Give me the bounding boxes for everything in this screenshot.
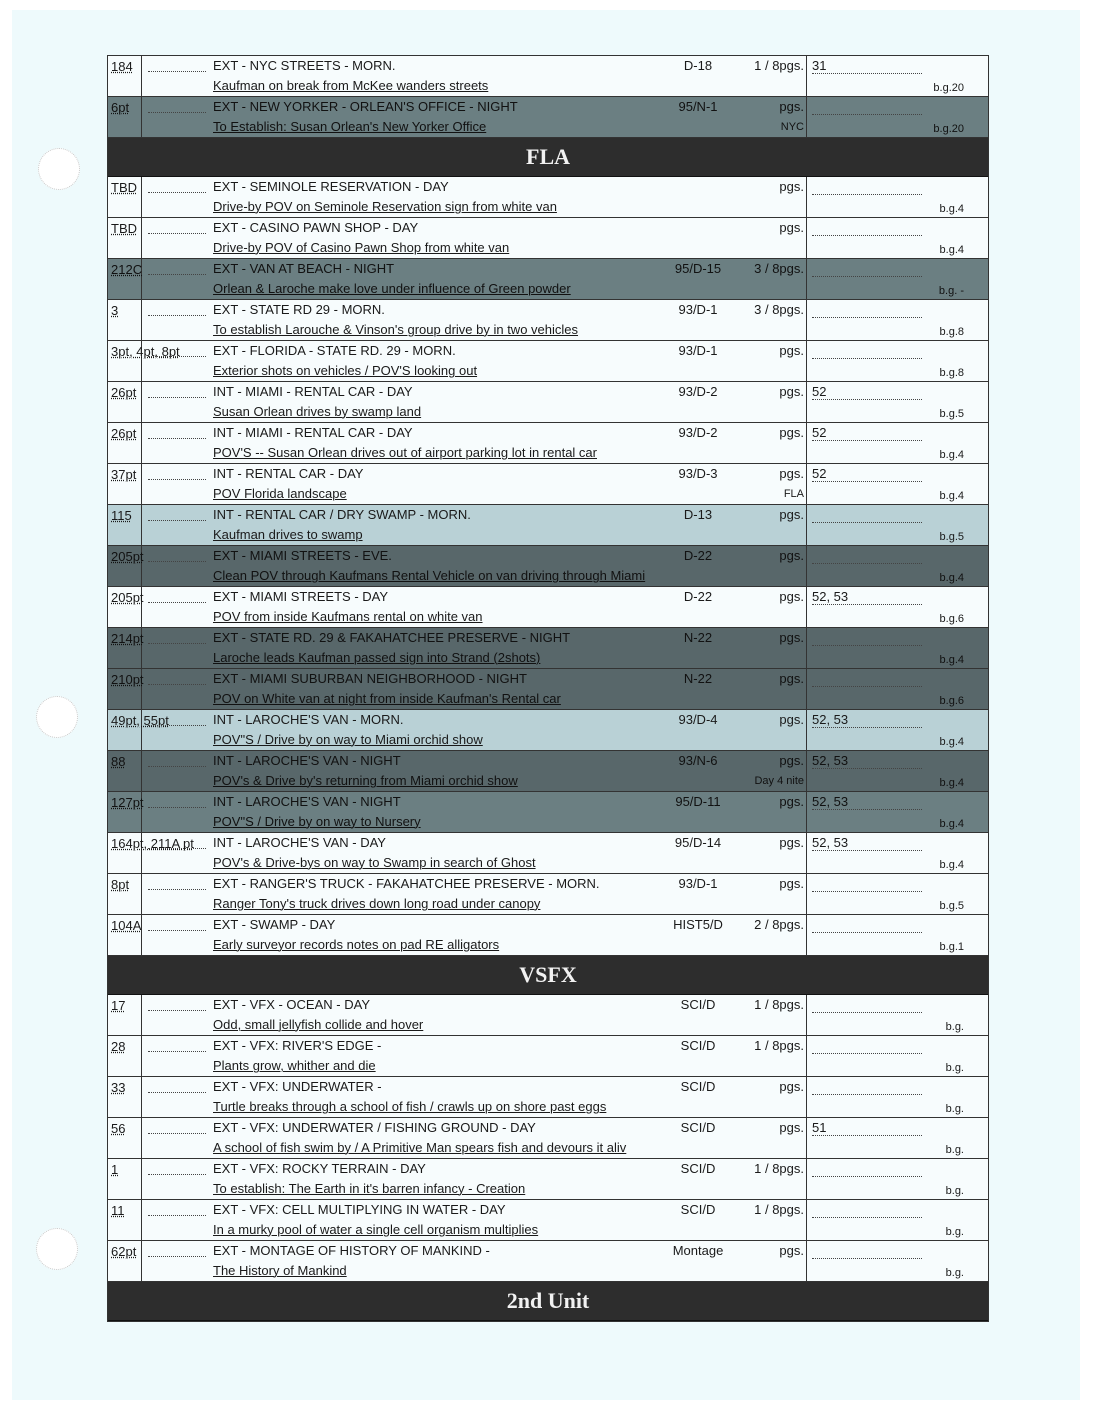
page-count: pgs. xyxy=(779,753,804,769)
day-code: 93/D-3 xyxy=(653,466,743,482)
page-count: 1 / 8pgs. xyxy=(754,1202,804,1218)
background-count: b.g.4 xyxy=(940,201,964,217)
page-count: 1 / 8pgs. xyxy=(754,997,804,1013)
scene-row: 210pt EXT - MIAMI SUBURBAN NEIGHBORHOOD … xyxy=(108,669,988,710)
page-count: pgs. xyxy=(779,1243,804,1259)
page-count: pgs. xyxy=(779,220,804,236)
scene-description: POV from inside Kaufmans rental on white… xyxy=(213,609,483,625)
leader-dots xyxy=(148,998,206,1011)
scene-number: 33 xyxy=(111,1080,125,1096)
scene-number: 62pt xyxy=(111,1244,136,1260)
reference-pages xyxy=(812,876,922,892)
day-code: 93/D-1 xyxy=(653,343,743,359)
page-count: pgs. xyxy=(779,425,804,441)
day-code: D-22 xyxy=(653,548,743,564)
reference-pages xyxy=(812,1202,922,1218)
column-divider xyxy=(806,1159,807,1199)
scene-description: Drive-by POV of Casino Pawn Shop from wh… xyxy=(213,240,509,256)
reference-pages: 52, 53 xyxy=(812,589,922,605)
leader-dots xyxy=(148,59,206,72)
column-divider xyxy=(806,177,807,217)
scene-slugline: EXT - SWAMP - DAY xyxy=(213,917,335,933)
punch-hole xyxy=(36,696,78,738)
background-count: b.g.5 xyxy=(940,529,964,545)
background-count: b.g.6 xyxy=(940,611,964,627)
background-count: b.g. xyxy=(946,1142,964,1158)
scene-row: 26pt INT - MIAMI - RENTAL CAR - DAY 93/D… xyxy=(108,382,988,423)
background-count: b.g.4 xyxy=(940,775,964,791)
scene-number: 88 xyxy=(111,754,125,770)
leader-dots xyxy=(148,836,206,849)
scene-row: TBD EXT - CASINO PAWN SHOP - DAY pgs. Dr… xyxy=(108,218,988,259)
leader-dots xyxy=(148,1121,206,1134)
column-divider xyxy=(806,464,807,504)
scene-number: 3 xyxy=(111,303,118,319)
column-divider xyxy=(806,792,807,832)
scene-slugline: EXT - MIAMI STREETS - DAY xyxy=(213,589,388,605)
scene-slugline: EXT - CASINO PAWN SHOP - DAY xyxy=(213,220,418,236)
scene-slugline: EXT - VFX: RIVER'S EDGE - xyxy=(213,1038,381,1054)
page-count: pgs. xyxy=(779,179,804,195)
scene-slugline: EXT - NEW YORKER - ORLEAN'S OFFICE - NIG… xyxy=(213,99,518,115)
background-count: b.g.1 xyxy=(940,939,964,955)
day-code: 93/D-4 xyxy=(653,712,743,728)
column-divider xyxy=(806,833,807,873)
day-code: D-22 xyxy=(653,589,743,605)
reference-pages: 52, 53 xyxy=(812,835,922,851)
location-note: FLA xyxy=(784,486,804,502)
day-code: SCI/D xyxy=(653,1120,743,1136)
scene-row: 8pt EXT - RANGER'S TRUCK - FAKAHATCHEE P… xyxy=(108,874,988,915)
leader-dots xyxy=(148,590,206,603)
column-divider xyxy=(806,218,807,258)
page-count: pgs. xyxy=(779,548,804,564)
background-count: b.g.20 xyxy=(933,121,964,137)
scene-description: Ranger Tony's truck drives down long roa… xyxy=(213,896,540,912)
scene-slugline: EXT - MIAMI STREETS - EVE. xyxy=(213,548,392,564)
scene-row: 11 EXT - VFX: CELL MULTIPLYING IN WATER … xyxy=(108,1200,988,1241)
scene-slugline: EXT - VFX: ROCKY TERRAIN - DAY xyxy=(213,1161,426,1177)
page-count: pgs. xyxy=(779,384,804,400)
reference-pages: 51 xyxy=(812,1120,922,1136)
reference-pages xyxy=(812,997,922,1013)
scene-row: TBD EXT - SEMINOLE RESERVATION - DAY pgs… xyxy=(108,177,988,218)
leader-dots xyxy=(148,221,206,234)
page-count: pgs. xyxy=(779,507,804,523)
scene-number: 37pt xyxy=(111,467,136,483)
scene-number: TBD xyxy=(111,221,137,237)
column-divider xyxy=(806,710,807,750)
scene-description: Clean POV through Kaufmans Rental Vehicl… xyxy=(213,568,645,584)
day-code: 95/D-15 xyxy=(653,261,743,277)
column-divider xyxy=(806,423,807,463)
scene-number: 26pt xyxy=(111,426,136,442)
page-count: pgs. xyxy=(779,589,804,605)
reference-pages: 31 xyxy=(812,58,922,74)
scene-number: 11 xyxy=(111,1203,125,1219)
reference-pages: 52, 53 xyxy=(812,794,922,810)
day-code: 93/D-1 xyxy=(653,302,743,318)
scene-slugline: EXT - FLORIDA - STATE RD. 29 - MORN. xyxy=(213,343,456,359)
leader-dots xyxy=(148,1203,206,1216)
column-divider xyxy=(806,669,807,709)
scene-description: Plants grow, whither and die xyxy=(213,1058,376,1074)
column-divider xyxy=(141,1118,142,1158)
scene-description: Kaufman drives to swamp xyxy=(213,527,363,543)
scene-description: To establish Larouche & Vinson's group d… xyxy=(213,322,578,338)
scene-number: 28 xyxy=(111,1039,125,1055)
day-code: Montage xyxy=(653,1243,743,1259)
leader-dots xyxy=(148,385,206,398)
scene-slugline: EXT - VFX: UNDERWATER / FISHING GROUND -… xyxy=(213,1120,536,1136)
leader-dots xyxy=(148,303,206,316)
background-count: b.g.6 xyxy=(940,693,964,709)
scene-slugline: INT - MIAMI - RENTAL CAR - DAY xyxy=(213,384,413,400)
scene-slugline: EXT - VFX: CELL MULTIPLYING IN WATER - D… xyxy=(213,1202,506,1218)
background-count: b.g.8 xyxy=(940,324,964,340)
scene-row: 212C EXT - VAN AT BEACH - NIGHT 95/D-15 … xyxy=(108,259,988,300)
scene-number: 17 xyxy=(111,998,125,1014)
background-count: b.g.5 xyxy=(940,898,964,914)
scene-row: 56 EXT - VFX: UNDERWATER / FISHING GROUN… xyxy=(108,1118,988,1159)
column-divider xyxy=(141,874,142,914)
column-divider xyxy=(806,1200,807,1240)
scene-number: 205pt xyxy=(111,590,144,606)
column-divider xyxy=(141,751,142,791)
scene-description: POV's & Drive-bys on way to Swamp in sea… xyxy=(213,855,536,871)
column-divider xyxy=(141,423,142,463)
scene-slugline: EXT - STATE RD. 29 & FAKAHATCHEE PRESERV… xyxy=(213,630,570,646)
scene-description: POV on White van at night from inside Ka… xyxy=(213,691,561,707)
column-divider xyxy=(806,546,807,586)
scene-description: Turtle breaks through a school of fish /… xyxy=(213,1099,606,1115)
scene-description: Orlean & Laroche make love under influen… xyxy=(213,281,571,297)
day-code: D-13 xyxy=(653,507,743,523)
leader-dots xyxy=(148,508,206,521)
day-code: SCI/D xyxy=(653,1161,743,1177)
location-note: Day 4 nite xyxy=(754,773,804,789)
scene-number: 212C xyxy=(111,262,142,278)
background-count: b.g.20 xyxy=(933,80,964,96)
leader-dots xyxy=(148,754,206,767)
page-count: 3 / 8pgs. xyxy=(754,261,804,277)
scene-row: 62pt EXT - MONTAGE OF HISTORY OF MANKIND… xyxy=(108,1241,988,1282)
page-count: pgs. xyxy=(779,794,804,810)
page-count: 1 / 8pgs. xyxy=(754,1161,804,1177)
column-divider xyxy=(141,56,142,96)
background-count: b.g.5 xyxy=(940,406,964,422)
column-divider xyxy=(141,218,142,258)
reference-pages xyxy=(812,1079,922,1095)
scene-description: Exterior shots on vehicles / POV'S looki… xyxy=(213,363,477,379)
reference-pages xyxy=(812,343,922,359)
background-count: b.g. xyxy=(946,1101,964,1117)
column-divider xyxy=(141,1159,142,1199)
scene-slugline: EXT - VAN AT BEACH - NIGHT xyxy=(213,261,394,277)
scene-slugline: INT - RENTAL CAR / DRY SWAMP - MORN. xyxy=(213,507,471,523)
location-note: NYC xyxy=(781,119,804,135)
page-count: pgs. xyxy=(779,99,804,115)
column-divider xyxy=(806,915,807,955)
scene-description: Kaufman on break from McKee wanders stre… xyxy=(213,78,488,94)
background-count: b.g. xyxy=(946,1224,964,1240)
background-count: b.g. xyxy=(946,1060,964,1076)
scene-row: 6pt EXT - NEW YORKER - ORLEAN'S OFFICE -… xyxy=(108,97,988,138)
reference-pages xyxy=(812,1161,922,1177)
leader-dots xyxy=(148,344,206,357)
column-divider xyxy=(806,56,807,96)
reference-pages: 52 xyxy=(812,384,922,400)
scene-row: 88 INT - LAROCHE'S VAN - NIGHT 93/N-6 pg… xyxy=(108,751,988,792)
background-count: b.g.4 xyxy=(940,816,964,832)
reference-pages xyxy=(812,261,922,277)
scene-slugline: EXT - SEMINOLE RESERVATION - DAY xyxy=(213,179,449,195)
leader-dots xyxy=(148,1039,206,1052)
scene-slugline: INT - LAROCHE'S VAN - MORN. xyxy=(213,712,404,728)
column-divider xyxy=(806,341,807,381)
column-divider xyxy=(141,1077,142,1117)
reference-pages xyxy=(812,507,922,523)
day-code: 93/N-6 xyxy=(653,753,743,769)
scene-slugline: INT - LAROCHE'S VAN - NIGHT xyxy=(213,794,401,810)
scene-row: 164pt, 211A pt INT - LAROCHE'S VAN - DAY… xyxy=(108,833,988,874)
scene-description: To Establish: Susan Orlean's New Yorker … xyxy=(213,119,486,135)
reference-pages xyxy=(812,1243,922,1259)
scene-number: 6pt xyxy=(111,100,129,116)
section-header: VSFX xyxy=(108,956,988,995)
background-count: b.g.4 xyxy=(940,734,964,750)
day-code: N-22 xyxy=(653,671,743,687)
column-divider xyxy=(141,382,142,422)
scene-number: 205pt xyxy=(111,549,144,565)
scene-description: Early surveyor records notes on pad RE a… xyxy=(213,937,499,953)
scene-description: The History of Mankind xyxy=(213,1263,347,1279)
reference-pages: 52 xyxy=(812,425,922,441)
page-count: pgs. xyxy=(779,671,804,687)
leader-dots xyxy=(148,549,206,562)
background-count: b.g.4 xyxy=(940,652,964,668)
day-code: 95/N-1 xyxy=(653,99,743,115)
scene-description: Susan Orlean drives by swamp land xyxy=(213,404,421,420)
day-code: 93/D-2 xyxy=(653,384,743,400)
column-divider xyxy=(806,505,807,545)
scene-slugline: EXT - MIAMI SUBURBAN NEIGHBORHOOD - NIGH… xyxy=(213,671,527,687)
leader-dots xyxy=(148,877,206,890)
column-divider xyxy=(806,382,807,422)
scene-slugline: EXT - MONTAGE OF HISTORY OF MANKIND - xyxy=(213,1243,490,1259)
day-code: SCI/D xyxy=(653,997,743,1013)
scene-row: 17 EXT - VFX - OCEAN - DAY SCI/D 1 / 8pg… xyxy=(108,995,988,1036)
scene-description: Laroche leads Kaufman passed sign into S… xyxy=(213,650,540,666)
scene-row: 3pt, 4pt, 8pt EXT - FLORIDA - STATE RD. … xyxy=(108,341,988,382)
reference-pages xyxy=(812,671,922,687)
column-divider xyxy=(806,1036,807,1076)
reference-pages xyxy=(812,179,922,195)
scene-slugline: INT - LAROCHE'S VAN - NIGHT xyxy=(213,753,401,769)
background-count: b.g. - xyxy=(939,283,964,299)
scene-description: POV Florida landscape xyxy=(213,486,347,502)
reference-pages xyxy=(812,1038,922,1054)
scene-description: POV's & Drive by's returning from Miami … xyxy=(213,773,518,789)
scene-slugline: EXT - NYC STREETS - MORN. xyxy=(213,58,396,74)
background-count: b.g.8 xyxy=(940,365,964,381)
scene-row: 205pt EXT - MIAMI STREETS - EVE. D-22 pg… xyxy=(108,546,988,587)
column-divider xyxy=(141,300,142,340)
column-divider xyxy=(806,259,807,299)
scene-slugline: INT - LAROCHE'S VAN - DAY xyxy=(213,835,386,851)
day-code: HIST5/D xyxy=(653,917,743,933)
column-divider xyxy=(141,1036,142,1076)
column-divider xyxy=(141,97,142,137)
scene-number: 214pt xyxy=(111,631,144,647)
leader-dots xyxy=(148,100,206,113)
scene-number: TBD xyxy=(111,180,137,196)
scene-row: 205pt EXT - MIAMI STREETS - DAY D-22 pgs… xyxy=(108,587,988,628)
punch-hole xyxy=(38,148,80,190)
scene-row: 214pt EXT - STATE RD. 29 & FAKAHATCHEE P… xyxy=(108,628,988,669)
reference-pages xyxy=(812,99,922,115)
scene-row: 3 EXT - STATE RD 29 - MORN. 93/D-1 3 / 8… xyxy=(108,300,988,341)
leader-dots xyxy=(148,180,206,193)
breakdown-table: 184 EXT - NYC STREETS - MORN. D-18 1 / 8… xyxy=(107,55,989,1322)
background-count: b.g.4 xyxy=(940,570,964,586)
day-code: SCI/D xyxy=(653,1038,743,1054)
scene-number: 127pt xyxy=(111,795,144,811)
page-count: pgs. xyxy=(779,876,804,892)
column-divider xyxy=(806,1118,807,1158)
page-count: pgs. xyxy=(779,835,804,851)
day-code: 93/D-2 xyxy=(653,425,743,441)
leader-dots xyxy=(148,631,206,644)
column-divider xyxy=(141,505,142,545)
leader-dots xyxy=(148,426,206,439)
column-divider xyxy=(141,1241,142,1281)
scene-number: 210pt xyxy=(111,672,144,688)
background-count: b.g.4 xyxy=(940,488,964,504)
scene-description: To establish: The Earth in it's barren i… xyxy=(213,1181,525,1197)
column-divider xyxy=(806,995,807,1035)
leader-dots xyxy=(148,672,206,685)
scene-number: 8pt xyxy=(111,877,129,893)
leader-dots xyxy=(148,262,206,275)
leader-dots xyxy=(148,918,206,931)
day-code: 95/D-11 xyxy=(653,794,743,810)
day-code: SCI/D xyxy=(653,1202,743,1218)
section-header: 2nd Unit xyxy=(108,1282,988,1321)
scene-row: 1 EXT - VFX: ROCKY TERRAIN - DAY SCI/D 1… xyxy=(108,1159,988,1200)
scene-description: A school of fish swim by / A Primitive M… xyxy=(213,1140,626,1156)
leader-dots xyxy=(148,467,206,480)
reference-pages xyxy=(812,548,922,564)
scene-slugline: INT - RENTAL CAR - DAY xyxy=(213,466,363,482)
day-code: SCI/D xyxy=(653,1079,743,1095)
scene-slugline: EXT - RANGER'S TRUCK - FAKAHATCHEE PRESE… xyxy=(213,876,600,892)
background-count: b.g.4 xyxy=(940,447,964,463)
reference-pages xyxy=(812,302,922,318)
scene-slugline: EXT - VFX - OCEAN - DAY xyxy=(213,997,370,1013)
background-count: b.g.4 xyxy=(940,857,964,873)
column-divider xyxy=(141,177,142,217)
scene-number: 115 xyxy=(111,508,132,524)
leader-dots xyxy=(148,1162,206,1175)
page-count: pgs. xyxy=(779,1120,804,1136)
reference-pages xyxy=(812,220,922,236)
background-count: b.g. xyxy=(946,1265,964,1281)
scene-number: 184 xyxy=(111,59,133,75)
reference-pages: 52, 53 xyxy=(812,753,922,769)
page-count: 2 / 8pgs. xyxy=(754,917,804,933)
section-header: FLA xyxy=(108,138,988,177)
page-count: 3 / 8pgs. xyxy=(754,302,804,318)
day-code: N-22 xyxy=(653,630,743,646)
scene-number: 1 xyxy=(111,1162,118,1178)
background-count: b.g.4 xyxy=(940,242,964,258)
reference-pages xyxy=(812,917,922,933)
column-divider xyxy=(141,464,142,504)
day-code: 93/D-1 xyxy=(653,876,743,892)
column-divider xyxy=(806,751,807,791)
column-divider xyxy=(141,1200,142,1240)
scene-row: 37pt INT - RENTAL CAR - DAY 93/D-3 pgs. … xyxy=(108,464,988,505)
column-divider xyxy=(806,1241,807,1281)
leader-dots xyxy=(148,713,206,726)
background-count: b.g. xyxy=(946,1019,964,1035)
scene-row: 28 EXT - VFX: RIVER'S EDGE - SCI/D 1 / 8… xyxy=(108,1036,988,1077)
column-divider xyxy=(806,97,807,137)
reference-pages xyxy=(812,630,922,646)
column-divider xyxy=(806,300,807,340)
page-count: pgs. xyxy=(779,343,804,359)
punch-hole xyxy=(36,1228,78,1270)
column-divider xyxy=(806,1077,807,1117)
reference-pages: 52 xyxy=(812,466,922,482)
scene-description: Drive-by POV on Seminole Reservation sig… xyxy=(213,199,557,215)
page-count: 1 / 8pgs. xyxy=(754,58,804,74)
scene-number: 26pt xyxy=(111,385,136,401)
scene-row: 26pt INT - MIAMI - RENTAL CAR - DAY 93/D… xyxy=(108,423,988,464)
column-divider xyxy=(806,587,807,627)
leader-dots xyxy=(148,1244,206,1257)
page-count: pgs. xyxy=(779,1079,804,1095)
scene-description: POV"S / Drive by on way to Nursery xyxy=(213,814,421,830)
scene-number: 56 xyxy=(111,1121,125,1137)
scene-slugline: INT - MIAMI - RENTAL CAR - DAY xyxy=(213,425,413,441)
scene-description: POV"S / Drive by on way to Miami orchid … xyxy=(213,732,483,748)
column-divider xyxy=(806,628,807,668)
background-count: b.g. xyxy=(946,1183,964,1199)
day-code: D-18 xyxy=(653,58,743,74)
page-count: pgs. xyxy=(779,466,804,482)
page-count: pgs. xyxy=(779,630,804,646)
scene-slugline: EXT - STATE RD 29 - MORN. xyxy=(213,302,385,318)
scene-slugline: EXT - VFX: UNDERWATER - xyxy=(213,1079,382,1095)
scene-description: In a murky pool of water a single cell o… xyxy=(213,1222,538,1238)
column-divider xyxy=(806,874,807,914)
scene-description: Odd, small jellyfish collide and hover xyxy=(213,1017,423,1033)
reference-pages: 52, 53 xyxy=(812,712,922,728)
scene-row: 127pt INT - LAROCHE'S VAN - NIGHT 95/D-1… xyxy=(108,792,988,833)
scene-row: 33 EXT - VFX: UNDERWATER - SCI/D pgs. Tu… xyxy=(108,1077,988,1118)
scene-row: 115 INT - RENTAL CAR / DRY SWAMP - MORN.… xyxy=(108,505,988,546)
page-count: 1 / 8pgs. xyxy=(754,1038,804,1054)
page-count: pgs. xyxy=(779,712,804,728)
scene-row: 49pt, 55pt INT - LAROCHE'S VAN - MORN. 9… xyxy=(108,710,988,751)
scene-row: 104A EXT - SWAMP - DAY HIST5/D 2 / 8pgs.… xyxy=(108,915,988,956)
scene-number: 104A xyxy=(111,918,141,934)
scene-row: 184 EXT - NYC STREETS - MORN. D-18 1 / 8… xyxy=(108,56,988,97)
column-divider xyxy=(141,995,142,1035)
scene-description: POV'S -- Susan Orlean drives out of airp… xyxy=(213,445,597,461)
